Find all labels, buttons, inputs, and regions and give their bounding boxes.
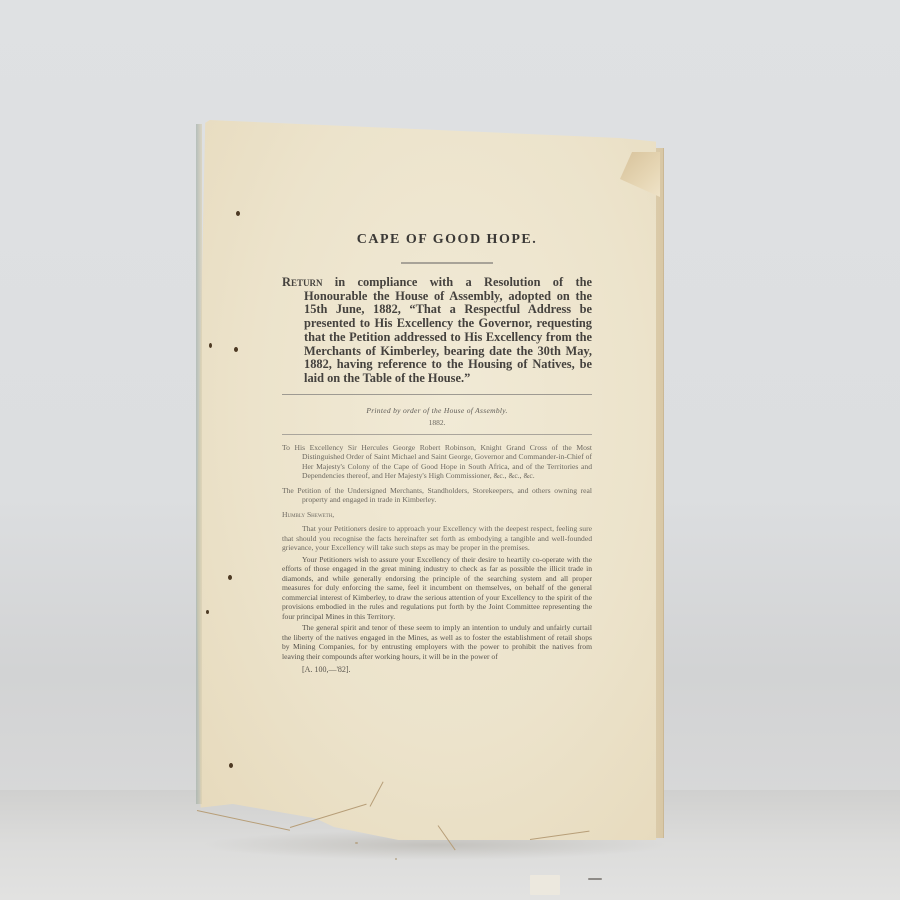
paragraph: Your Petitioners wish to assure your Exc… (282, 555, 592, 622)
document-title: CAPE OF GOOD HOPE. (282, 232, 592, 248)
paper-fleck (588, 878, 602, 880)
binding-hole (229, 763, 233, 768)
printed-by-order: Printed by order of the House of Assembl… (282, 406, 592, 415)
binding-hole (209, 343, 212, 348)
return-text: in compliance with a Resolution of the H… (304, 275, 592, 385)
paragraph: That your Petitioners desire to approach… (282, 524, 592, 553)
return-lead: Return (282, 275, 322, 289)
paper-fleck (355, 842, 358, 844)
return-heading: Return in compliance with a Resolution o… (282, 276, 592, 386)
title-rule (401, 262, 493, 264)
print-year: 1882. (282, 418, 592, 427)
binding-hole (206, 610, 209, 614)
petition-description: The Petition of the Undersigned Merchant… (282, 486, 592, 505)
paper-fragment (530, 875, 560, 895)
addressee: To His Excellency Sir Hercules George Ro… (282, 443, 592, 481)
humbly-sheweth: Humbly Sheweth, (282, 510, 592, 520)
page-left-edge (196, 124, 202, 804)
paper-fleck (395, 858, 397, 860)
binding-hole (236, 211, 240, 216)
binding-hole (228, 575, 232, 580)
signature-mark: [A. 100,—'82]. (282, 665, 592, 674)
document-content: CAPE OF GOOD HOPE. Return in compliance … (282, 232, 592, 674)
paragraph: The general spirit and tenor of these se… (282, 623, 592, 661)
binding-hole (234, 347, 238, 352)
section-rule (282, 434, 592, 435)
section-rule (282, 394, 592, 395)
